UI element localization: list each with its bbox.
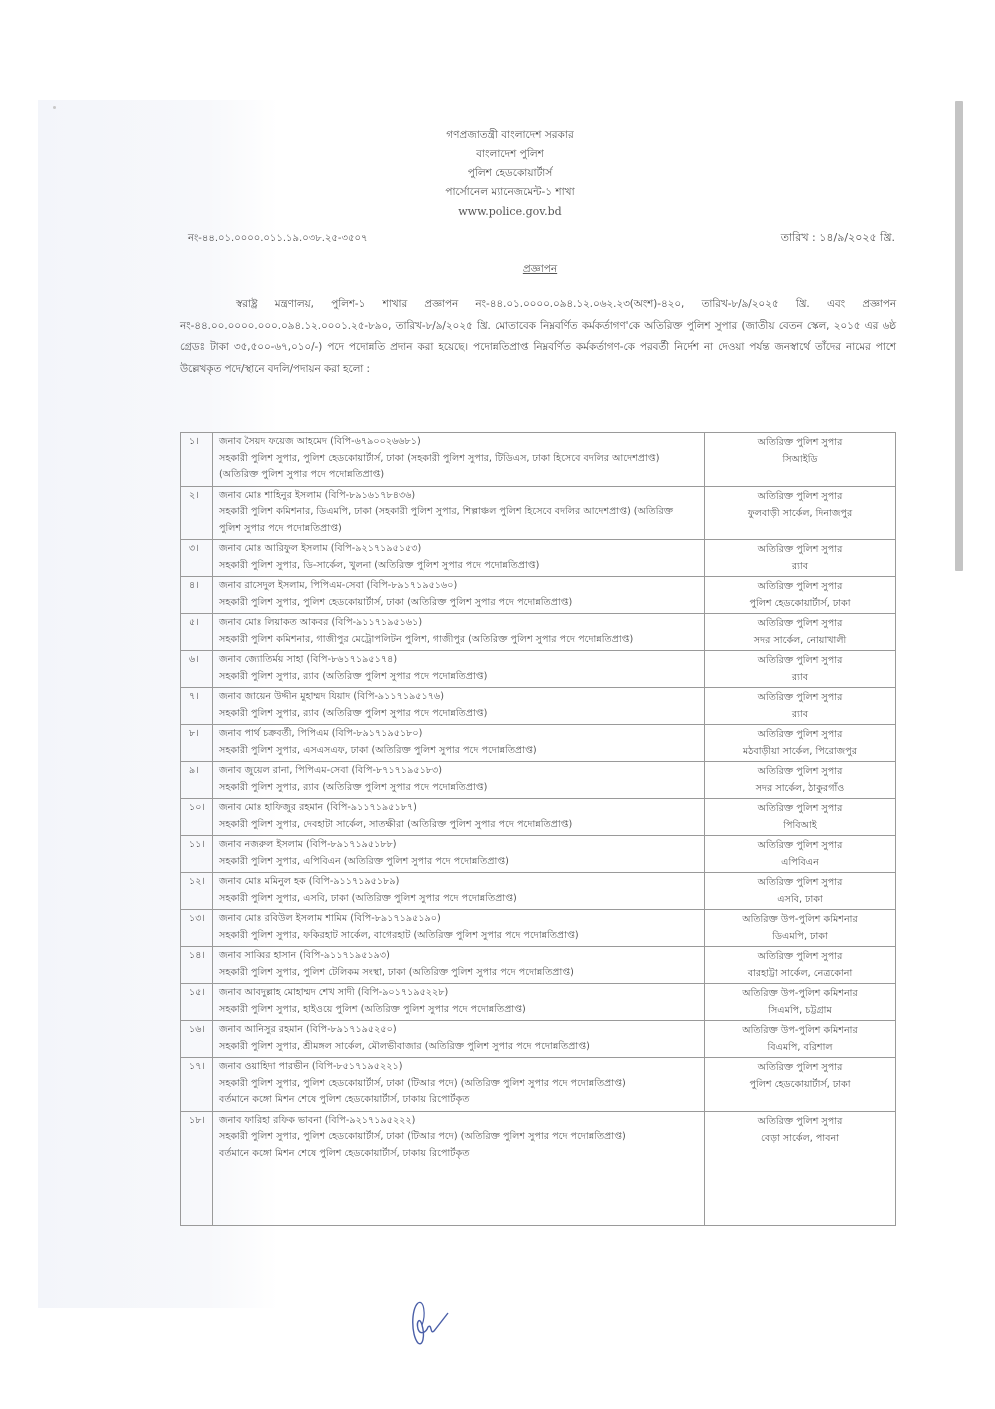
officer-name: জনাব রাসেদুল ইসলাম, পিপিএম-সেবা (বিপি-৮৯… (219, 578, 698, 595)
new-post-place: এসবি, ঢাকা (707, 891, 893, 908)
officer-name: জনাব ফারিহা রফিক ভাবনা (বিপি-৯২১৭১৯৫২২২) (219, 1113, 698, 1130)
serial-number: ৪। (181, 577, 213, 614)
new-post-place: বিএমপি, বরিশাল (707, 1039, 893, 1056)
officer-details: জনাব আনিসুর রহমান (বিপি-৮৯১৭১৯৫২৫০)সহকার… (213, 1021, 705, 1058)
table-row: ৬।জনাব জ্যোতির্ময় সাহা (বিপি-৮৬১৭১৯৫১৭৪… (181, 651, 896, 688)
new-post-place: ফুলবাড়ী সার্কেল, দিনাজপুর (707, 505, 893, 522)
new-posting: অতিরিক্ত পুলিশ সুপারবেড়া সার্কেল, পাবনা (705, 1111, 896, 1225)
new-posting: অতিরিক্ত পুলিশ সুপারপিবিআই (705, 799, 896, 836)
officer-current-post: সহকারী পুলিশ কমিশনার, ডিএমপি, ঢাকা (সহকা… (219, 504, 698, 537)
new-posting: অতিরিক্ত পুলিশ সুপারসদর সার্কেল, নোয়াখা… (705, 614, 896, 651)
new-posting: অতিরিক্ত উপ-পুলিশ কমিশনারডিএমপি, ঢাকা (705, 910, 896, 947)
letterhead-website: www.police.gov.bd (360, 202, 660, 221)
officer-details: জনাব আবদুল্লাহ মোহাম্মদ শেখ সাদী (বিপি-৯… (213, 984, 705, 1021)
table-row: ১৭।জনাব ওয়াহিদা পারভীন (বিপি-৮৫১৭১৯৫২২১… (181, 1058, 896, 1112)
new-post-title: অতিরিক্ত পুলিশ সুপার (707, 948, 893, 965)
officer-note: বর্তমানে কঙ্গো মিশন শেষে পুলিশ হেডকোয়ার… (219, 1092, 698, 1109)
new-post-title: অতিরিক্ত উপ-পুলিশ কমিশনার (707, 985, 893, 1002)
officer-name: জনাব মোঃ আরিফুল ইসলাম (বিপি-৯২১৭১৯৫১৫৩) (219, 541, 698, 558)
new-posting: অতিরিক্ত পুলিশ সুপারপুলিশ হেডকোয়ার্টার্… (705, 1058, 896, 1112)
officer-current-post: সহকারী পুলিশ সুপার, এপিবিএন (অতিরিক্ত পু… (219, 854, 698, 871)
officer-current-post: সহকারী পুলিশ সুপার, পুলিশ হেডকোয়ার্টার্… (219, 1076, 698, 1093)
new-post-place: পিবিআই (707, 817, 893, 834)
officer-current-post: সহকারী পুলিশ সুপার, পুলিশ হেডকোয়ার্টার্… (219, 1129, 698, 1146)
new-post-place: ডিএমপি, ঢাকা (707, 928, 893, 945)
serial-number: ১২। (181, 873, 213, 910)
officer-details: জনাব সাব্বির হাসান (বিপি-৯১১৭১৯৫১৯৩)সহকা… (213, 947, 705, 984)
table-row: ১০।জনাব মোঃ হাফিজুর রহমান (বিপি-৯১১৭১৯৫১… (181, 799, 896, 836)
officer-name: জনাব সৈয়দ ফয়েজ আহমেদ (বিপি-৬৭৯০০২৬৬৮১) (219, 434, 698, 451)
officer-current-post: সহকারী পুলিশ সুপার, র‍্যাব (অতিরিক্ত পুল… (219, 706, 698, 723)
new-post-place: বারহাট্টা সার্কেল, নেত্রকোনা (707, 965, 893, 982)
serial-number: ৮। (181, 725, 213, 762)
table-row: ১৬।জনাব আনিসুর রহমান (বিপি-৮৯১৭১৯৫২৫০)সহ… (181, 1021, 896, 1058)
new-post-place: সদর সার্কেল, ঠাকুরগাঁও (707, 780, 893, 797)
officer-details: জনাব জায়েন উদ্দীন মুহাম্মদ যিয়াদ (বিপি… (213, 688, 705, 725)
serial-number: ১০। (181, 799, 213, 836)
new-posting: অতিরিক্ত পুলিশ সুপারপুলিশ হেডকোয়ার্টার্… (705, 577, 896, 614)
new-posting: অতিরিক্ত পুলিশ সুপারর‍্যাব (705, 540, 896, 577)
officer-current-post: সহকারী পুলিশ সুপার, র‍্যাব (অতিরিক্ত পুল… (219, 780, 698, 797)
table-row: ১৩।জনাব মোঃ রবিউল ইসলাম শামিম (বিপি-৮৯১৭… (181, 910, 896, 947)
new-posting: অতিরিক্ত পুলিশ সুপারর‍্যাব (705, 688, 896, 725)
officer-current-post: সহকারী পুলিশ সুপার, ফকিরহাট সার্কেল, বাগ… (219, 928, 698, 945)
letterhead-line-government: গণপ্রজাতন্ত্রী বাংলাদেশ সরকার (360, 126, 660, 145)
officer-current-post: সহকারী পুলিশ সুপার, র‍্যাব (অতিরিক্ত পুল… (219, 669, 698, 686)
new-post-title: অতিরিক্ত উপ-পুলিশ কমিশনার (707, 911, 893, 928)
officer-details: জনাব মোঃ রবিউল ইসলাম শামিম (বিপি-৮৯১৭১৯৫… (213, 910, 705, 947)
new-posting: অতিরিক্ত পুলিশ সুপারএপিবিএন (705, 836, 896, 873)
new-post-place: পুলিশ হেডকোয়ার্টার্স, ঢাকা (707, 595, 893, 612)
serial-number: ৫। (181, 614, 213, 651)
officer-name: জনাব মোঃ হাফিজুর রহমান (বিপি-৯১১৭১৯৫১৮৭) (219, 800, 698, 817)
letterhead: গণপ্রজাতন্ত্রী বাংলাদেশ সরকার বাংলাদেশ প… (360, 126, 660, 221)
officer-current-post: সহকারী পুলিশ সুপার, হাইওয়ে পুলিশ (অতিরি… (219, 1002, 698, 1019)
table-row: ১১।জনাব নজরুল ইসলাম (বিপি-৮৯১৭১৯৫১৮৮)সহক… (181, 836, 896, 873)
new-posting: অতিরিক্ত পুলিশ সুপারমঠবাড়ীয়া সার্কেল, … (705, 725, 896, 762)
new-post-title: অতিরিক্ত পুলিশ সুপার (707, 1059, 893, 1076)
serial-number: ১১। (181, 836, 213, 873)
officer-details: জনাব ফারিহা রফিক ভাবনা (বিপি-৯২১৭১৯৫২২২)… (213, 1111, 705, 1225)
new-post-title: অতিরিক্ত পুলিশ সুপার (707, 726, 893, 743)
officer-details: জনাব মোঃ শাহিনুর ইসলাম (বিপি-৮৯১৬১৭৮৪৩৬)… (213, 486, 705, 540)
serial-number: ৭। (181, 688, 213, 725)
table-row: ১৮।জনাব ফারিহা রফিক ভাবনা (বিপি-৯২১৭১৯৫২… (181, 1111, 896, 1225)
new-post-place: এপিবিএন (707, 854, 893, 871)
officer-details: জনাব মোঃ হাফিজুর রহমান (বিপি-৯১১৭১৯৫১৮৭)… (213, 799, 705, 836)
table-row: ৯।জনাব জুয়েল রানা, পিপিএম-সেবা (বিপি-৮৭… (181, 762, 896, 799)
new-posting: অতিরিক্ত পুলিশ সুপারফুলবাড়ী সার্কেল, দি… (705, 486, 896, 540)
signature-icon (408, 1295, 468, 1355)
officer-name: জনাব ওয়াহিদা পারভীন (বিপি-৮৫১৭১৯৫২২১) (219, 1059, 698, 1076)
officer-details: জনাব রাসেদুল ইসলাম, পিপিএম-সেবা (বিপি-৮৯… (213, 577, 705, 614)
serial-number: ১৭। (181, 1058, 213, 1112)
table-row: ৪।জনাব রাসেদুল ইসলাম, পিপিএম-সেবা (বিপি-… (181, 577, 896, 614)
document-title: প্রজ্ঞাপন (0, 262, 995, 279)
serial-number: ৯। (181, 762, 213, 799)
table-row: ৩।জনাব মোঃ আরিফুল ইসলাম (বিপি-৯২১৭১৯৫১৫৩… (181, 540, 896, 577)
officer-name: জনাব নজরুল ইসলাম (বিপি-৮৯১৭১৯৫১৮৮) (219, 837, 698, 854)
serial-number: ১৪। (181, 947, 213, 984)
officer-details: জনাব মোঃ মমিনুল হক (বিপি-৯১১৭১৯৫১৮৯)সহকা… (213, 873, 705, 910)
new-posting: অতিরিক্ত পুলিশ সুপারএসবি, ঢাকা (705, 873, 896, 910)
preamble-paragraph: স্বরাষ্ট্র মন্ত্রণালয়, পুলিশ-১ শাখার প্… (180, 294, 896, 380)
officer-name: জনাব মোঃ লিয়াকত আকবর (বিপি-৯১১৭১৯৫১৬১) (219, 615, 698, 632)
new-post-title: অতিরিক্ত পুলিশ সুপার (707, 689, 893, 706)
transfer-table: ১।জনাব সৈয়দ ফয়েজ আহমেদ (বিপি-৬৭৯০০২৬৬৮… (180, 432, 896, 1226)
new-post-title: অতিরিক্ত পুলিশ সুপার (707, 578, 893, 595)
new-post-title: অতিরিক্ত পুলিশ সুপার (707, 652, 893, 669)
serial-number: ৩। (181, 540, 213, 577)
serial-number: ১৮। (181, 1111, 213, 1225)
officer-current-post: সহকারী পুলিশ সুপার, পুলিশ টেলিকম সংস্থা,… (219, 965, 698, 982)
serial-number: ১৫। (181, 984, 213, 1021)
new-post-title: অতিরিক্ত পুলিশ সুপার (707, 800, 893, 817)
officer-current-post: সহকারী পুলিশ কমিশনার, গাজীপুর মেট্রোপলিট… (219, 632, 698, 649)
officer-current-post: সহকারী পুলিশ সুপার, পুলিশ হেডকোয়ার্টার্… (219, 451, 698, 484)
new-post-title: অতিরিক্ত পুলিশ সুপার (707, 541, 893, 558)
new-post-title: অতিরিক্ত পুলিশ সুপার (707, 874, 893, 891)
table-row: ১৪।জনাব সাব্বির হাসান (বিপি-৯১১৭১৯৫১৯৩)স… (181, 947, 896, 984)
officer-details: জনাব মোঃ আরিফুল ইসলাম (বিপি-৯২১৭১৯৫১৫৩)স… (213, 540, 705, 577)
table-row: ৭।জনাব জায়েন উদ্দীন মুহাম্মদ যিয়াদ (বি… (181, 688, 896, 725)
new-post-title: অতিরিক্ত পুলিশ সুপার (707, 1113, 893, 1130)
new-post-title: অতিরিক্ত পুলিশ সুপার (707, 837, 893, 854)
new-post-place: সদর সার্কেল, নোয়াখালী (707, 632, 893, 649)
officer-details: জনাব জ্যোতির্ময় সাহা (বিপি-৮৬১৭১৯৫১৭৪)স… (213, 651, 705, 688)
officer-details: জনাব মোঃ লিয়াকত আকবর (বিপি-৯১১৭১৯৫১৬১)স… (213, 614, 705, 651)
officer-name: জনাব মোঃ রবিউল ইসলাম শামিম (বিপি-৮৯১৭১৯৫… (219, 911, 698, 928)
officer-name: জনাব জুয়েল রানা, পিপিএম-সেবা (বিপি-৮৭১৭… (219, 763, 698, 780)
officer-note: বর্তমানে কঙ্গো মিশন শেষে পুলিশ হেডকোয়ার… (219, 1146, 698, 1163)
new-post-place: র‍্যাব (707, 558, 893, 575)
table-row: ১৫।জনাব আবদুল্লাহ মোহাম্মদ শেখ সাদী (বিপ… (181, 984, 896, 1021)
new-post-title: অতিরিক্ত পুলিশ সুপার (707, 615, 893, 632)
new-post-place: পুলিশ হেডকোয়ার্টার্স, ঢাকা (707, 1076, 893, 1093)
officer-name: জনাব সাব্বির হাসান (বিপি-৯১১৭১৯৫১৯৩) (219, 948, 698, 965)
table-row: ১২।জনাব মোঃ মমিনুল হক (বিপি-৯১১৭১৯৫১৮৯)স… (181, 873, 896, 910)
memo-date: তারিখ : ১৪/৯/২০২৫ খ্রি. (781, 229, 895, 248)
new-posting: অতিরিক্ত উপ-পুলিশ কমিশনারসিএমপি, চট্টগ্র… (705, 984, 896, 1021)
serial-number: ৬। (181, 651, 213, 688)
officer-current-post: সহকারী পুলিশ সুপার, এসবি, ঢাকা (অতিরিক্ত… (219, 891, 698, 908)
scan-speck (53, 106, 56, 109)
officer-details: জনাব জুয়েল রানা, পিপিএম-সেবা (বিপি-৮৭১৭… (213, 762, 705, 799)
serial-number: ১৬। (181, 1021, 213, 1058)
serial-number: ১। (181, 433, 213, 487)
new-posting: অতিরিক্ত পুলিশ সুপারসদর সার্কেল, ঠাকুরগা… (705, 762, 896, 799)
officer-current-post: সহকারী পুলিশ সুপার, পুলিশ হেডকোয়ার্টার্… (219, 595, 698, 612)
table-row: ৫।জনাব মোঃ লিয়াকত আকবর (বিপি-৯১১৭১৯৫১৬১… (181, 614, 896, 651)
officer-name: জনাব জায়েন উদ্দীন মুহাম্মদ যিয়াদ (বিপি… (219, 689, 698, 706)
new-posting: অতিরিক্ত পুলিশ সুপারবারহাট্টা সার্কেল, ন… (705, 947, 896, 984)
new-post-title: অতিরিক্ত পুলিশ সুপার (707, 488, 893, 505)
officer-current-post: সহকারী পুলিশ সুপার, দেবহাটা সার্কেল, সাত… (219, 817, 698, 834)
new-post-title: অতিরিক্ত উপ-পুলিশ কমিশনার (707, 1022, 893, 1039)
officer-name: জনাব মোঃ শাহিনুর ইসলাম (বিপি-৮৯১৬১৭৮৪৩৬) (219, 488, 698, 505)
officer-name: জনাব আবদুল্লাহ মোহাম্মদ শেখ সাদী (বিপি-৯… (219, 985, 698, 1002)
vertical-scrollbar[interactable] (955, 101, 963, 571)
memo-number: নং-৪৪.০১.০০০০.০১১.১৯.০৩৮.২৫-৩৫০৭ (188, 231, 367, 248)
officer-name: জনাব আনিসুর রহমান (বিপি-৮৯১৭১৯৫২৫০) (219, 1022, 698, 1039)
new-posting: অতিরিক্ত পুলিশ সুপারর‍্যাব (705, 651, 896, 688)
letterhead-line-branch: পার্সোনেল ম্যানেজমেন্ট-১ শাখা (360, 183, 660, 202)
table-row: ১।জনাব সৈয়দ ফয়েজ আহমেদ (বিপি-৬৭৯০০২৬৬৮… (181, 433, 896, 487)
officer-name: জনাব জ্যোতির্ময় সাহা (বিপি-৮৬১৭১৯৫১৭৪) (219, 652, 698, 669)
officer-current-post: সহকারী পুলিশ সুপার, ডি-সার্কেল, খুলনা (অ… (219, 558, 698, 575)
officer-name: জনাব পার্থ চক্রবর্তী, পিপিএম (বিপি-৮৯১৭১… (219, 726, 698, 743)
new-posting: অতিরিক্ত পুলিশ সুপারসিআইডি (705, 433, 896, 487)
new-post-title: অতিরিক্ত পুলিশ সুপার (707, 763, 893, 780)
new-post-place: র‍্যাব (707, 669, 893, 686)
new-posting: অতিরিক্ত উপ-পুলিশ কমিশনারবিএমপি, বরিশাল (705, 1021, 896, 1058)
officer-details: জনাব ওয়াহিদা পারভীন (বিপি-৮৫১৭১৯৫২২১)সহ… (213, 1058, 705, 1112)
table-row: ৮।জনাব পার্থ চক্রবর্তী, পিপিএম (বিপি-৮৯১… (181, 725, 896, 762)
new-post-place: সিএমপি, চট্টগ্রাম (707, 1002, 893, 1019)
serial-number: ১৩। (181, 910, 213, 947)
officer-current-post: সহকারী পুলিশ সুপার, এসএসএফ, ঢাকা (অতিরিক… (219, 743, 698, 760)
officer-details: জনাব পার্থ চক্রবর্তী, পিপিএম (বিপি-৮৯১৭১… (213, 725, 705, 762)
new-post-place: বেড়া সার্কেল, পাবনা (707, 1130, 893, 1147)
new-post-place: র‍্যাব (707, 706, 893, 723)
table-row: ২।জনাব মোঃ শাহিনুর ইসলাম (বিপি-৮৯১৬১৭৮৪৩… (181, 486, 896, 540)
letterhead-line-police: বাংলাদেশ পুলিশ (360, 145, 660, 164)
officer-details: জনাব সৈয়দ ফয়েজ আহমেদ (বিপি-৬৭৯০০২৬৬৮১)… (213, 433, 705, 487)
officer-name: জনাব মোঃ মমিনুল হক (বিপি-৯১১৭১৯৫১৮৯) (219, 874, 698, 891)
officer-details: জনাব নজরুল ইসলাম (বিপি-৮৯১৭১৯৫১৮৮)সহকারী… (213, 836, 705, 873)
letterhead-line-hq: পুলিশ হেডকোয়ার্টার্স (360, 164, 660, 183)
document-page: গণপ্রজাতন্ত্রী বাংলাদেশ সরকার বাংলাদেশ প… (0, 0, 995, 1409)
new-post-place: সিআইডি (707, 451, 893, 468)
officer-current-post: সহকারী পুলিশ সুপার, শ্রীমঙ্গল সার্কেল, ম… (219, 1039, 698, 1056)
new-post-place: মঠবাড়ীয়া সার্কেল, পিরোজপুর (707, 743, 893, 760)
serial-number: ২। (181, 486, 213, 540)
new-post-title: অতিরিক্ত পুলিশ সুপার (707, 434, 893, 451)
